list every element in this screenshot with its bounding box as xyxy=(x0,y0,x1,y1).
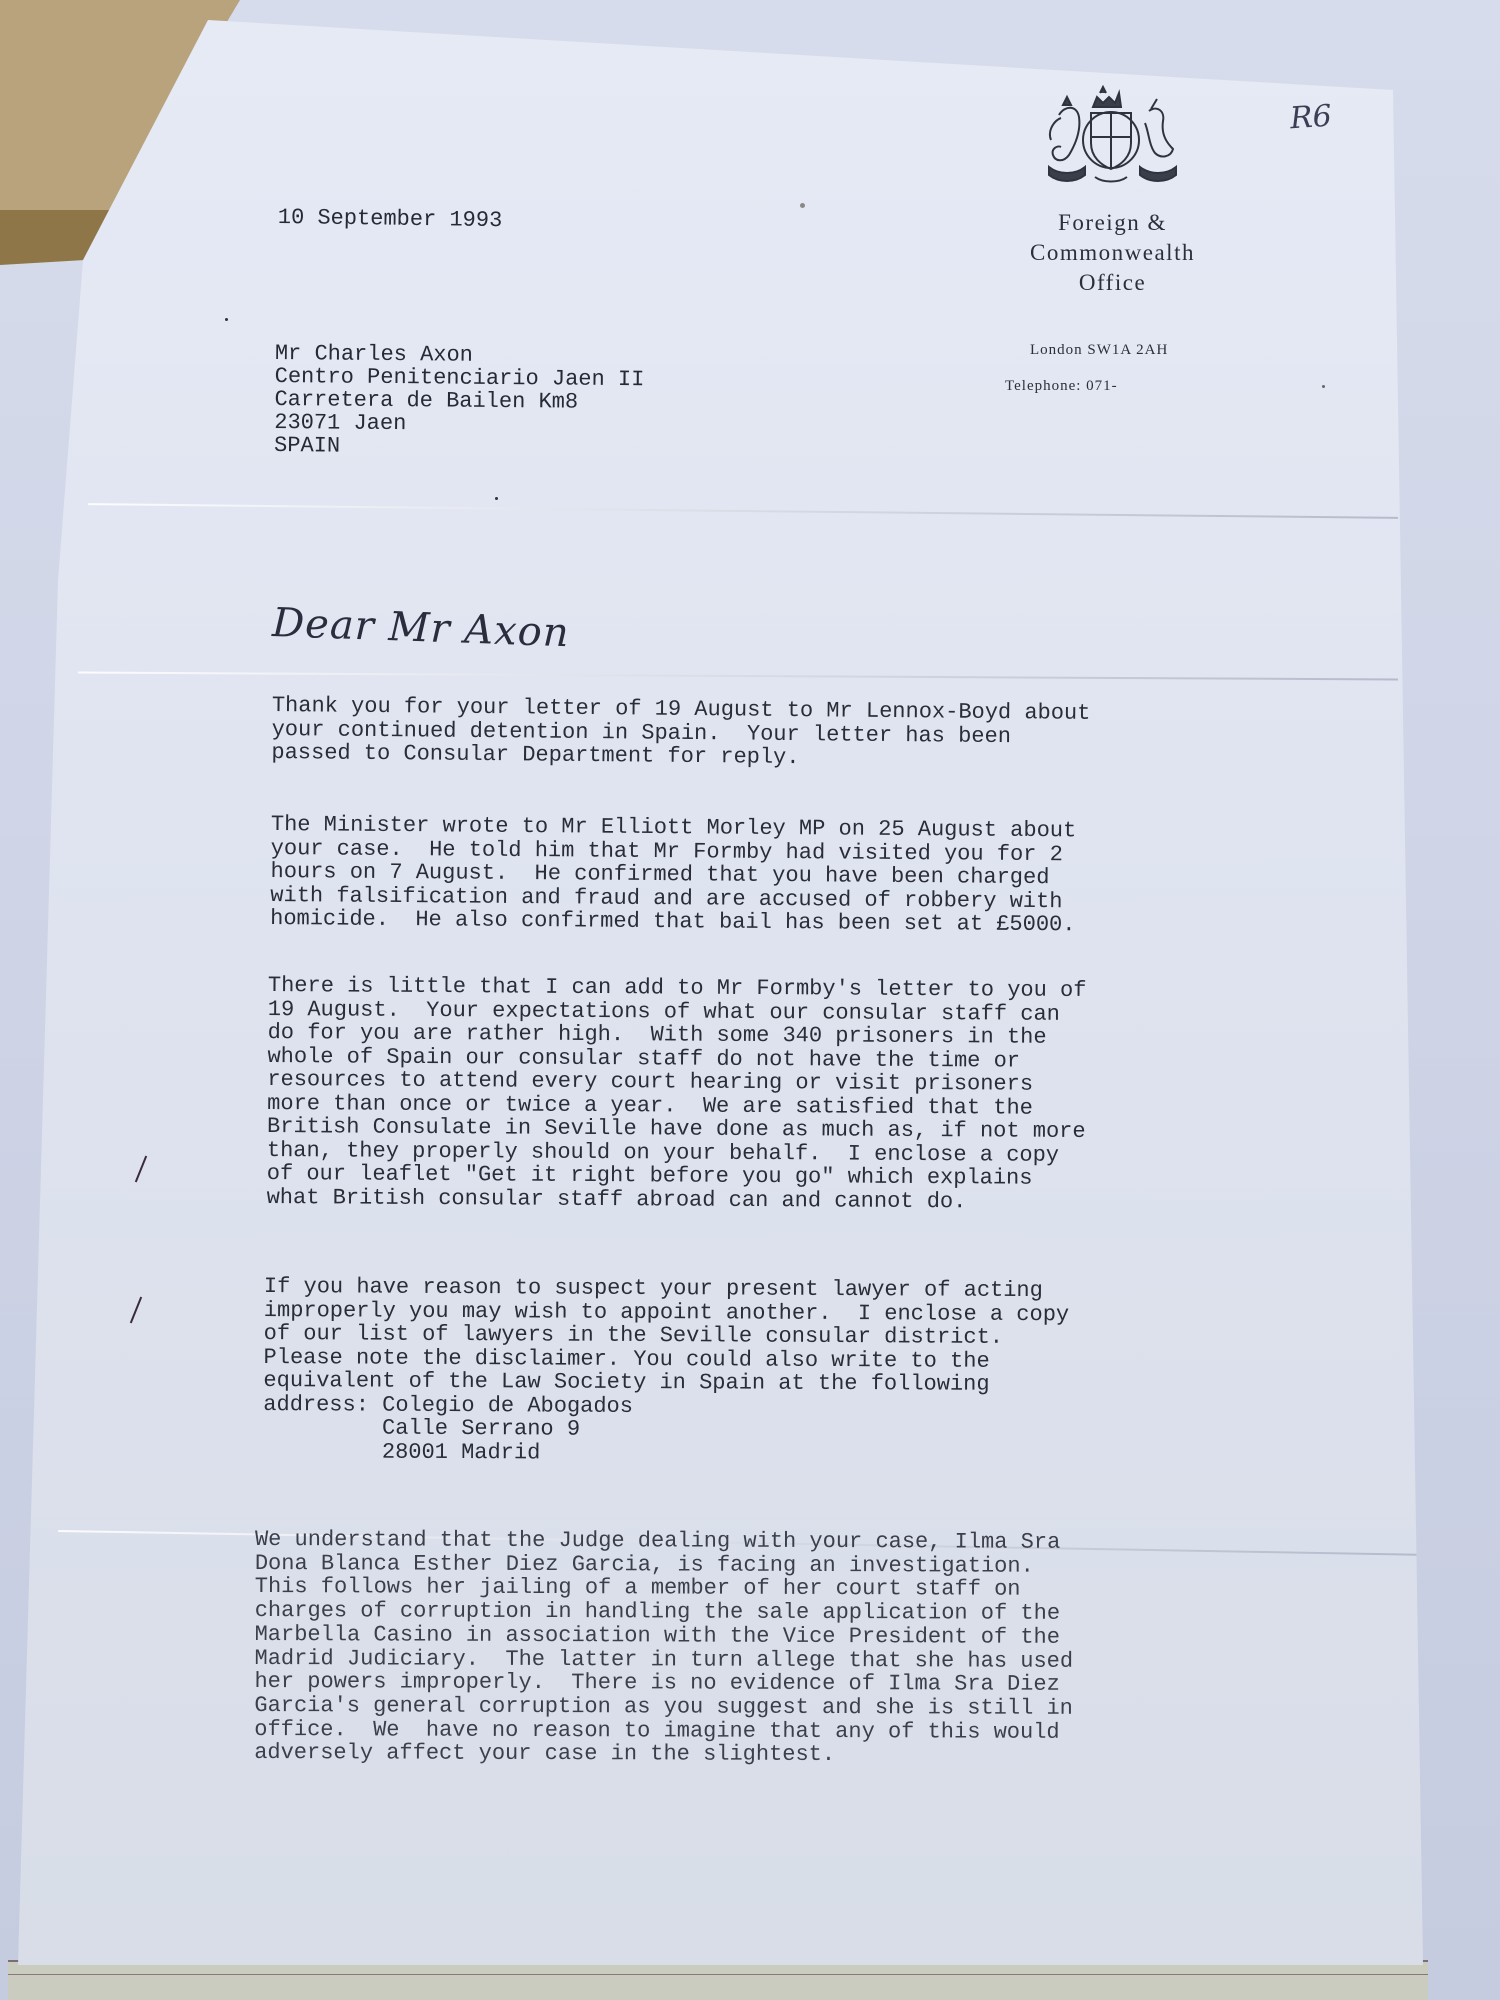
handwritten-reference: R6 xyxy=(1289,99,1333,137)
org-name-line: Office xyxy=(985,268,1240,298)
paper-fold-line xyxy=(78,672,1398,681)
paragraph-line: Marbella Casino in association with the … xyxy=(255,1623,1074,1650)
letterhead-telephone: Telephone: 071- xyxy=(1005,378,1118,395)
body-paragraph: The Minister wrote to Mr Elliott Morley … xyxy=(270,813,1076,937)
paper-speck xyxy=(225,318,228,321)
address-line: SPAIN xyxy=(274,434,644,460)
body-paragraph: There is little that I can add to Mr For… xyxy=(267,974,1087,1214)
org-name-line: Commonwealth xyxy=(985,238,1240,268)
paper-speck xyxy=(1322,385,1325,388)
letterhead-address: London SW1A 2AH xyxy=(1030,342,1168,359)
letter-date: 10 September 1993 xyxy=(278,205,503,233)
body-paragraph: We understand that the Judge dealing wit… xyxy=(254,1528,1073,1768)
underlying-page-edge xyxy=(8,1960,1428,2000)
paper-speck xyxy=(495,497,498,500)
paragraph-line: what British consular staff abroad can a… xyxy=(267,1185,1086,1213)
recipient-address: Mr Charles Axon Centro Penitenciario Jae… xyxy=(274,342,645,460)
org-name-line: Foreign & xyxy=(985,208,1240,238)
paragraph-line: adversely affect your case in the slight… xyxy=(254,1741,1073,1768)
paragraph-line: 28001 Madrid xyxy=(263,1439,1068,1467)
body-paragraph: Thank you for your letter of 19 August t… xyxy=(271,694,1090,772)
royal-coat-of-arms-icon xyxy=(1045,85,1180,190)
body-paragraph: If you have reason to suspect your prese… xyxy=(263,1275,1069,1467)
paper-fold-line xyxy=(88,503,1398,519)
paper-speck xyxy=(800,203,805,208)
letterhead: Foreign & Commonwealth Office xyxy=(985,208,1240,298)
